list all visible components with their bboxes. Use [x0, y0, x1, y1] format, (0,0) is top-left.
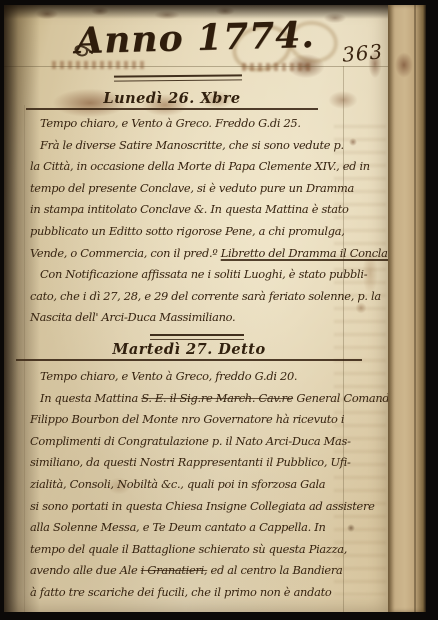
manuscript-line: tempo del presente Conclave, si è veduto… — [30, 178, 364, 200]
fore-edge-crease — [414, 5, 416, 612]
ink-stain — [392, 48, 416, 82]
section-divider-rule — [150, 334, 244, 340]
manuscript-line: avendo alle due Ale i Granatieri, ed al … — [30, 560, 364, 582]
manuscript-line: Vende, o Commercia, con il pred.º Libret… — [30, 243, 364, 265]
section-heading: Martedì 27. Detto — [102, 341, 275, 361]
title-underline — [114, 74, 242, 81]
manuscript-line: Tempo chiaro, e Vento à Greco. Freddo G.… — [30, 113, 364, 135]
manuscript-line: si sono portati in questa Chiesa Insigne… — [30, 496, 364, 518]
manuscript-line: Tempo chiaro, e Vento à Greco, freddo G.… — [30, 366, 364, 388]
manuscript-line: alla Solenne Messa, e Te Deum cantato a … — [30, 517, 364, 539]
line-text: ed al centro la Bandiera — [207, 563, 342, 577]
manuscript-line: pubblicato un Editto sotto rigorose Pene… — [30, 221, 364, 243]
line-text: Vende, o Commercia, con il pred.º — [30, 246, 221, 260]
bleedthrough-smudge — [242, 63, 314, 71]
struck-text: i Granatieri, — [141, 563, 208, 577]
manuscript-line: cato, che i dì 27, 28, e 29 del corrente… — [30, 286, 364, 308]
heading-rule — [276, 358, 362, 361]
section-heading-row: Martedì 27. Detto — [16, 341, 362, 361]
line-text: In questa Mattina — [40, 391, 141, 405]
heading-rule — [251, 107, 318, 110]
struck-text: S. E. il Sig.re March. Cav.re — [141, 391, 293, 405]
manuscript-line: à fatto tre scariche dei fucili, che il … — [30, 582, 364, 604]
line-text: avendo alle due Ale — [30, 563, 141, 577]
manuscript-line: Filippo Bourbon del Monte nro Governator… — [30, 409, 364, 431]
line-text: General Comand.e — [293, 391, 399, 405]
underlined-text: Libretto del Dramma il Conclave — [221, 246, 401, 260]
manuscript-line: Nascita dell' Arci-Duca Massimiliano. — [30, 307, 364, 329]
manuscript-photo: Anno 1774. 363 Lunedì 26. Xbre Tempo chi… — [0, 0, 438, 620]
manuscript-line: Complimenti di Congratulazione p. il Nat… — [30, 431, 364, 453]
section-heading-row: Lunedì 26. Xbre — [26, 90, 318, 110]
manuscript-line: in stampa intitolato Conclave &. In ques… — [30, 199, 364, 221]
manuscript-line: Frà le diverse Satire Manoscritte, che s… — [30, 135, 364, 157]
manuscript-page: Anno 1774. 363 Lunedì 26. Xbre Tempo chi… — [4, 5, 388, 612]
manuscript-line: In questa Mattina S. E. il Sig.re March.… — [30, 388, 364, 410]
page-title: Anno 1774. — [63, 14, 326, 63]
manuscript-line: tempo del quale il Battaglione schierato… — [30, 539, 364, 561]
section-heading: Lunedì 26. Xbre — [93, 90, 250, 110]
binding-gutter-shadow — [4, 5, 40, 612]
manuscript-line: zialità, Consoli, Nobiltà &c., quali poi… — [30, 474, 364, 496]
section-body: Tempo chiaro, e Vento à Greco. Freddo G.… — [30, 113, 364, 329]
page-top-shadow — [4, 5, 388, 19]
manuscript-line: la Città, in occasione della Morte di Pa… — [30, 156, 364, 178]
ruled-line-horizontal — [4, 66, 388, 67]
manuscript-line: Con Notificazione affissata ne i soliti … — [30, 264, 364, 286]
section-body: Tempo chiaro, e Vento à Greco, freddo G.… — [30, 366, 364, 604]
manuscript-line: similiano, da questi Nostri Rappresentan… — [30, 452, 364, 474]
page-number: 363 — [341, 39, 384, 66]
book-fore-edge — [388, 5, 426, 612]
